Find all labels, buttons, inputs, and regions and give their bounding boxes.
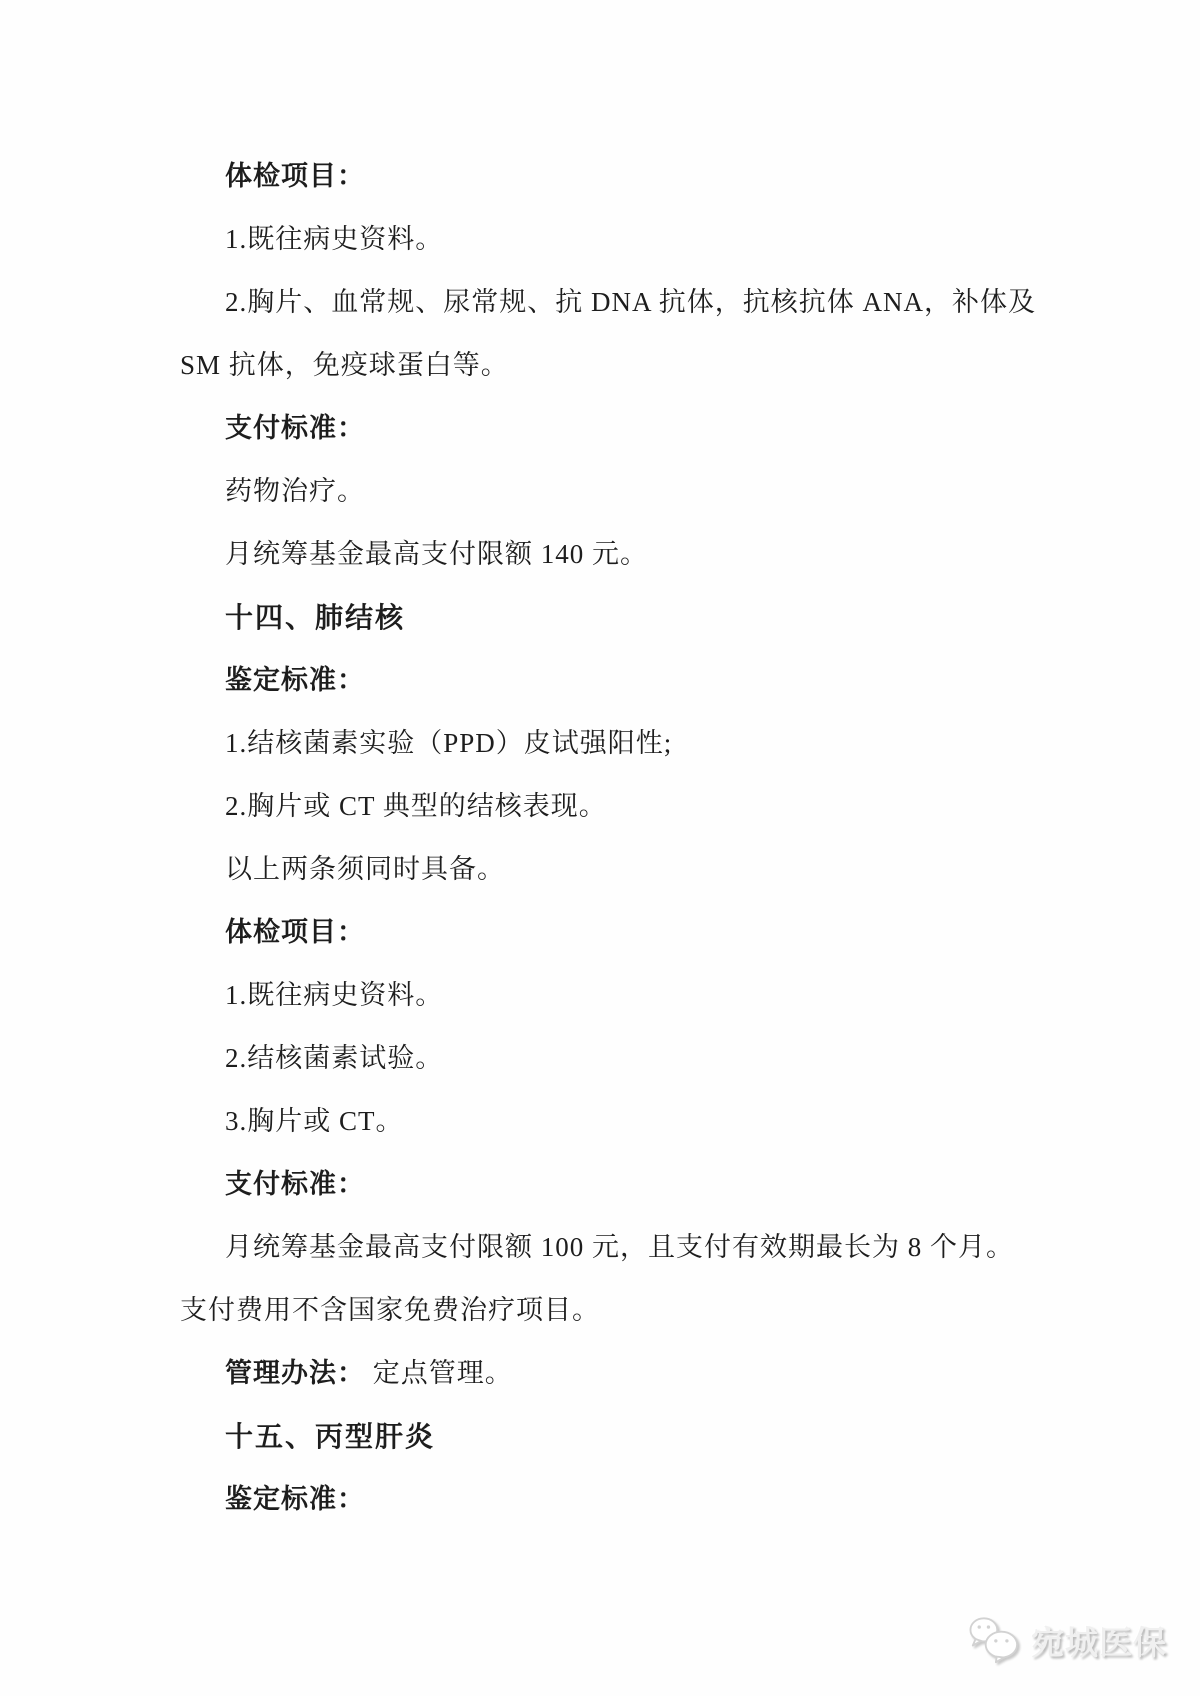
document-page: 体检项目： 1.既往病史资料。 2.胸片、血常规、尿常规、抗 DNA 抗体，抗核… bbox=[0, 0, 1200, 1696]
paragraph-line: 以上两条须同时具备。 bbox=[180, 838, 1070, 901]
section-label: 支付标准： bbox=[180, 397, 1070, 460]
inline-label: 管理办法： bbox=[225, 1358, 365, 1388]
paragraph-line: 1.既往病史资料。 bbox=[180, 208, 1070, 271]
paragraph-line: 2.结核菌素试验。 bbox=[180, 1027, 1070, 1090]
watermark: 宛城医保 bbox=[966, 1616, 1167, 1664]
inline-text: 定点管理。 bbox=[365, 1358, 513, 1388]
paragraph-line: 管理办法： 定点管理。 bbox=[180, 1342, 1070, 1405]
section-label: 体检项目： bbox=[180, 901, 1070, 964]
paragraph-line: 月统筹基金最高支付限额 140 元。 bbox=[180, 523, 1070, 586]
section-label: 鉴定标准： bbox=[180, 649, 1070, 712]
section-label: 体检项目： bbox=[180, 145, 1070, 208]
section-title: 十五、丙型肝炎 bbox=[180, 1405, 1070, 1468]
paragraph-line: 1.既往病史资料。 bbox=[180, 964, 1070, 1027]
document-body: 体检项目： 1.既往病史资料。 2.胸片、血常规、尿常规、抗 DNA 抗体，抗核… bbox=[180, 145, 1070, 1531]
paragraph-line: 3.胸片或 CT。 bbox=[180, 1090, 1070, 1153]
paragraph-line: SM 抗体，免疫球蛋白等。 bbox=[180, 334, 1070, 397]
paragraph-line: 1.结核菌素实验（PPD）皮试强阳性; bbox=[180, 712, 1070, 775]
paragraph-line: 月统筹基金最高支付限额 100 元，且支付有效期最长为 8 个月。 bbox=[180, 1216, 1070, 1279]
section-label: 支付标准： bbox=[180, 1153, 1070, 1216]
paragraph-line: 药物治疗。 bbox=[180, 460, 1070, 523]
section-title: 十四、肺结核 bbox=[180, 586, 1070, 649]
paragraph-line: 2.胸片或 CT 典型的结核表现。 bbox=[180, 775, 1070, 838]
paragraph-line: 2.胸片、血常规、尿常规、抗 DNA 抗体，抗核抗体 ANA，补体及 bbox=[180, 271, 1070, 334]
paragraph-line: 支付费用不含国家免费治疗项目。 bbox=[180, 1279, 1070, 1342]
section-label: 鉴定标准： bbox=[180, 1468, 1070, 1531]
watermark-text: 宛城医保 bbox=[1031, 1617, 1167, 1664]
wechat-icon bbox=[966, 1616, 1022, 1664]
